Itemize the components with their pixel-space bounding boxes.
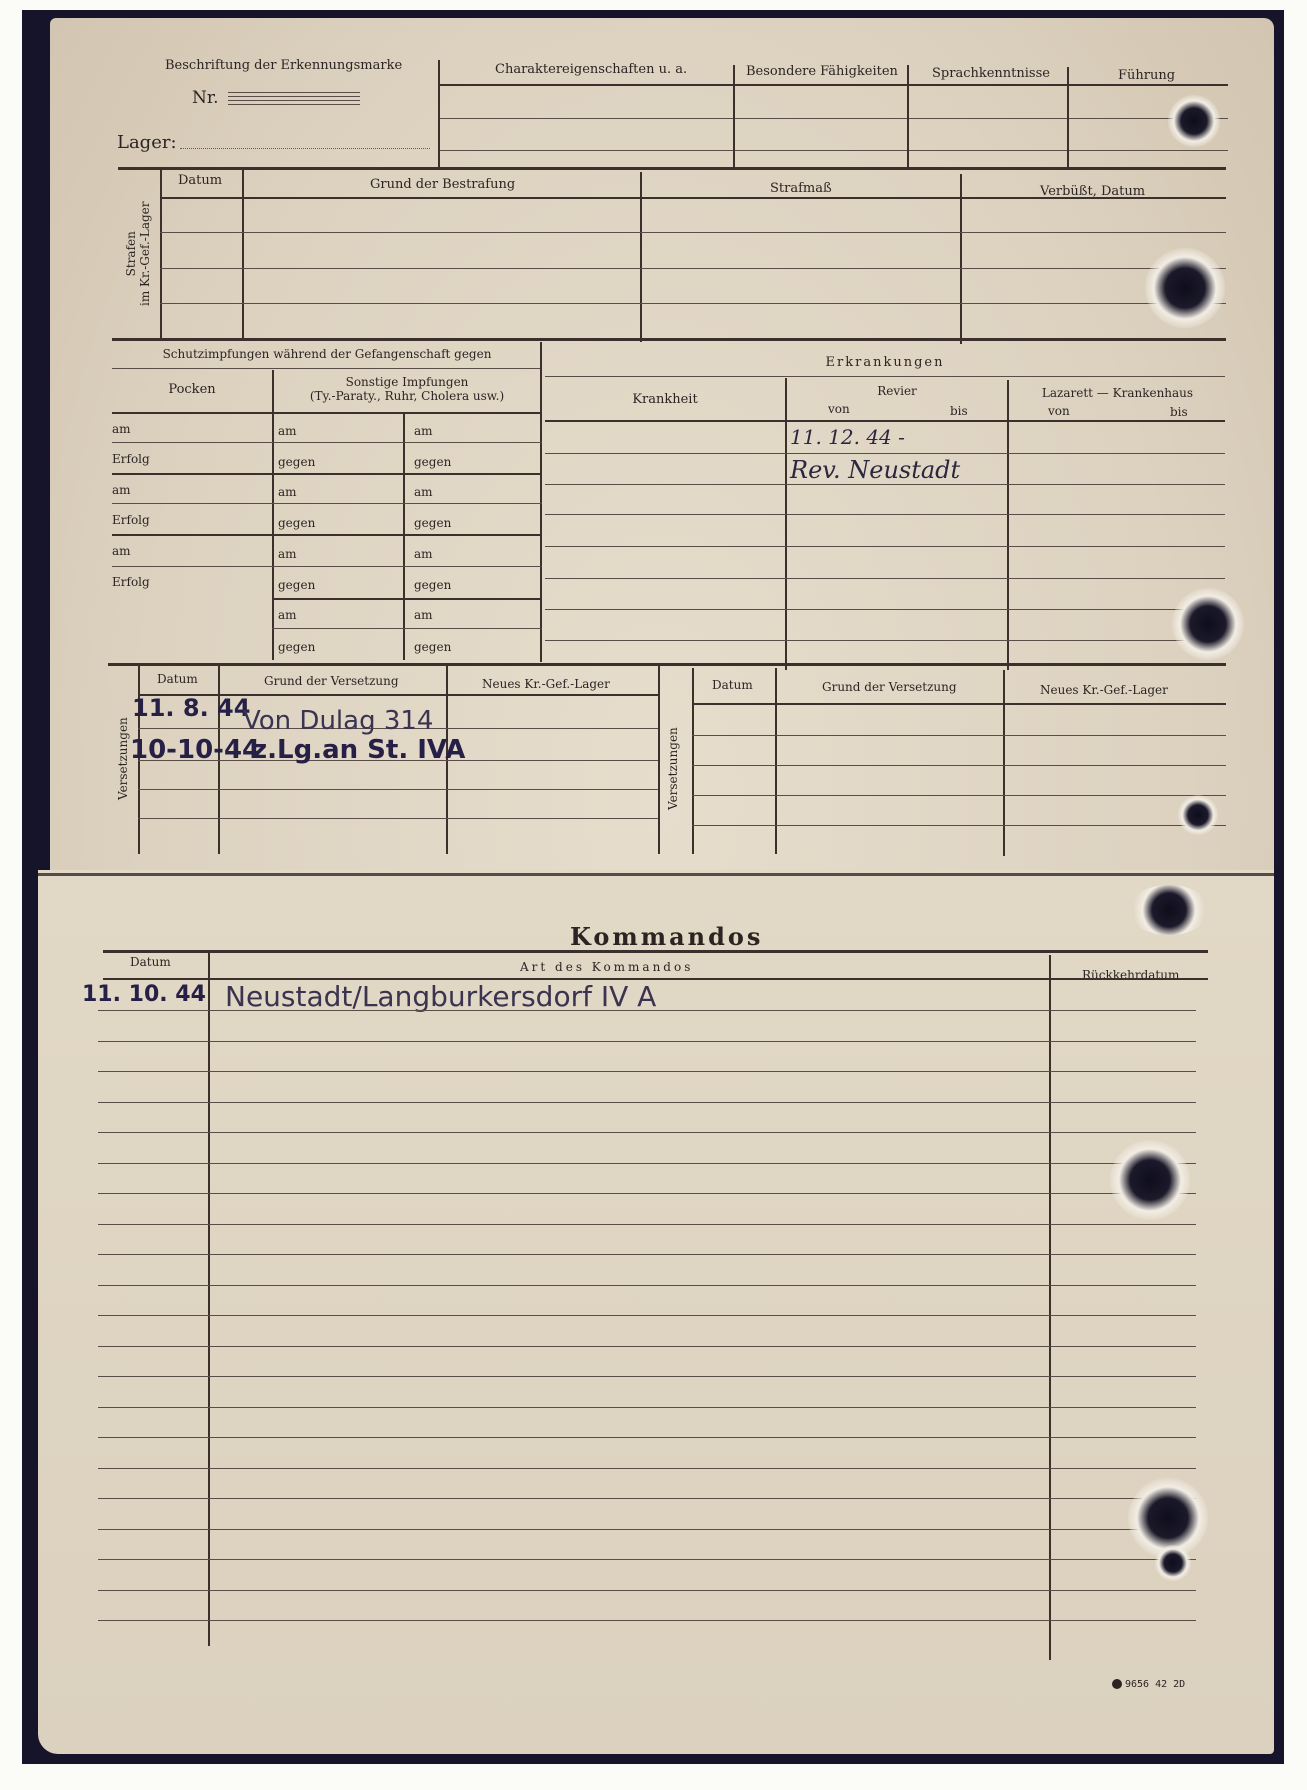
rule [112, 503, 542, 504]
rule [692, 703, 1226, 705]
other-vaccinations-line1: Sonstige Impfungen [272, 375, 542, 389]
punish-col-sentence: Strafmaß [770, 181, 832, 196]
punch-hole [1178, 795, 1218, 835]
rule [112, 368, 542, 369]
rule [98, 1498, 1196, 1499]
kommando-date-1: 11. 10. 44 [82, 982, 206, 1007]
header-col-abilities: Besondere Fähigkeiten [746, 64, 898, 79]
rule [98, 1437, 1196, 1438]
vacc-cell: Erfolg [112, 513, 150, 527]
divider [1007, 380, 1009, 670]
vacc-cell: am [414, 424, 433, 438]
divider [118, 167, 1226, 170]
divider [112, 338, 1226, 341]
other-vaccinations-label: Sonstige Impfungen (Ty.-Paraty., Ruhr, C… [272, 375, 542, 403]
rule [98, 1407, 1196, 1408]
revier-from-label: von [828, 402, 850, 416]
vacc-cell: Erfolg [112, 575, 150, 589]
header-col-character: Charaktereigenschaften u. a. [495, 62, 687, 77]
rule [98, 1376, 1196, 1377]
rule [138, 789, 658, 790]
divider [545, 420, 1225, 422]
rule [545, 578, 1225, 579]
vacc-cell: gegen [414, 640, 451, 654]
transfer-reason-1: Von Dulag 314 [243, 706, 433, 736]
divider [272, 598, 542, 600]
divider [160, 168, 162, 338]
divider [1067, 67, 1069, 168]
vacc-cell: am [414, 608, 433, 622]
divider [112, 473, 542, 475]
transfer-reason-2: z.Lg.an St. IVA [252, 735, 465, 765]
kommandos-title: Kommandos [570, 922, 763, 951]
vacc-cell: gegen [278, 455, 315, 469]
rule [98, 1559, 1196, 1560]
lager-label: Lager: [117, 132, 177, 153]
vacc-cell: am [112, 422, 131, 436]
transfer-col-reason: Grund der Versetzung [264, 674, 399, 688]
transfer-date-2: 10-10-44 [130, 735, 260, 765]
rule [545, 609, 1225, 610]
rule [98, 1620, 1196, 1621]
transfer-right-col-new-camp: Neues Kr.-Gef.-Lager [1040, 683, 1168, 697]
rule [98, 1193, 1196, 1194]
rule [692, 765, 1226, 766]
divider [112, 412, 542, 414]
illnesses-title: Erkrankungen [545, 355, 1225, 370]
punishments-side-label: Strafen im Kr.-Gef.-Lager [124, 202, 152, 307]
side-label-line1: Strafen [124, 202, 138, 307]
other-vaccinations-line2: (Ty.-Paraty., Ruhr, Cholera usw.) [272, 389, 542, 403]
rule [440, 118, 1228, 119]
fold-line [38, 873, 1274, 876]
divider [658, 666, 660, 854]
rule [545, 453, 1225, 454]
divider [108, 663, 1226, 666]
vacc-cell: gegen [414, 455, 451, 469]
rule [98, 1071, 1196, 1072]
vacc-cell: am [278, 547, 297, 561]
vacc-cell: gegen [414, 516, 451, 530]
rule [545, 546, 1225, 547]
vacc-cell: am [278, 485, 297, 499]
print-code: 9656 42 2D [1112, 1679, 1185, 1690]
punish-col-date: Datum [178, 173, 222, 188]
vacc-cell: gegen [414, 578, 451, 592]
identity-tag-label: Beschriftung der Erkennungsmarke [165, 58, 402, 73]
rule [160, 268, 1226, 269]
lager-field[interactable] [180, 148, 430, 149]
punch-hole [1155, 1545, 1191, 1581]
transfer-right-col-reason: Grund der Versetzung [822, 680, 957, 694]
divider [440, 84, 1228, 86]
divider [242, 168, 244, 338]
rule [440, 150, 1228, 151]
rule [98, 1346, 1196, 1347]
vacc-cell: Erfolg [112, 452, 150, 466]
punch-hole [1128, 885, 1210, 935]
hospital-from-label: von [1048, 404, 1070, 418]
vacc-cell: am [112, 483, 131, 497]
kommando-type-1: Neustadt/Langburkersdorf IV A [225, 980, 656, 1013]
rule [545, 376, 1225, 377]
vacc-cell: am [278, 424, 297, 438]
vacc-cell: am [414, 485, 433, 499]
kommando-col-date: Datum [130, 955, 171, 969]
punish-col-reason: Grund der Bestrafung [370, 177, 515, 192]
rule [98, 1041, 1196, 1042]
rule [98, 1163, 1196, 1164]
divider [907, 65, 909, 168]
rule [98, 1224, 1196, 1225]
kommando-col-type: Art des Kommandos [520, 960, 693, 974]
divider [1003, 670, 1005, 856]
transfers-right-side-label: Versetzungen [666, 727, 680, 810]
rule [160, 197, 1226, 199]
vacc-cell: gegen [278, 516, 315, 530]
rule [98, 1529, 1196, 1530]
rule [98, 1468, 1196, 1469]
punch-hole [1172, 588, 1244, 660]
pocken-label: Pocken [112, 382, 272, 397]
print-code-text: 9656 42 2D [1125, 1679, 1185, 1690]
illness-revier-note: Rev. Neustadt [790, 456, 960, 484]
illness-col-disease: Krankheit [545, 392, 785, 407]
divider [103, 950, 1208, 953]
vacc-cell: am [112, 544, 131, 558]
publisher-mark-icon [1112, 1679, 1122, 1689]
rule [272, 628, 542, 629]
divider [692, 668, 694, 854]
rule [545, 640, 1225, 641]
vacc-cell: am [278, 608, 297, 622]
vacc-cell: gegen [278, 640, 315, 654]
transfer-right-col-date: Datum [712, 678, 753, 692]
rule [545, 484, 1225, 485]
rule [112, 566, 542, 567]
revier-to-label: bis [950, 404, 968, 418]
rule [98, 1254, 1196, 1255]
rule [98, 1102, 1196, 1103]
punch-hole [1168, 95, 1220, 147]
nr-label: Nr. [192, 88, 219, 108]
divider [112, 534, 542, 536]
punch-hole [1110, 1140, 1190, 1220]
hospital-to-label: bis [1170, 405, 1188, 419]
header-col-conduct: Führung [1118, 68, 1175, 83]
rule [545, 514, 1225, 515]
transfers-left-side-label: Versetzungen [116, 717, 130, 800]
divider [208, 951, 210, 1646]
vacc-cell: gegen [278, 578, 315, 592]
transfer-col-new-camp: Neues Kr.-Gef.-Lager [482, 677, 610, 691]
divider [733, 65, 735, 168]
rule [98, 1285, 1196, 1286]
rule [692, 735, 1226, 736]
vacc-cell: am [414, 547, 433, 561]
rule [98, 1590, 1196, 1591]
punch-hole [1145, 248, 1225, 328]
rule [98, 1315, 1196, 1316]
rule [98, 1132, 1196, 1133]
rule [692, 825, 1226, 826]
divider [540, 342, 542, 662]
divider [403, 413, 405, 660]
vaccinations-title: Schutzimpfungen während der Gefangenscha… [112, 347, 542, 361]
rule [160, 303, 1226, 304]
illness-col-hospital: Lazarett — Krankenhaus [1010, 386, 1225, 400]
rule [138, 818, 658, 819]
divider [1049, 955, 1051, 1660]
divider [438, 60, 440, 168]
divider [960, 174, 962, 344]
rule [112, 442, 542, 443]
side-label-line2: im Kr.-Gef.-Lager [138, 202, 152, 307]
rule [98, 1010, 1196, 1011]
illness-revier-from-value: 11. 12. 44 - [790, 425, 905, 449]
divider [775, 668, 777, 854]
header-col-languages: Sprachkenntnisse [932, 66, 1050, 81]
rule [692, 795, 1226, 796]
illness-col-revier: Revier [787, 384, 1007, 398]
transfer-date-1: 11. 8. 44 [132, 694, 250, 722]
rule [160, 232, 1226, 233]
nr-field[interactable] [228, 92, 360, 108]
transfer-col-date: Datum [157, 672, 198, 686]
